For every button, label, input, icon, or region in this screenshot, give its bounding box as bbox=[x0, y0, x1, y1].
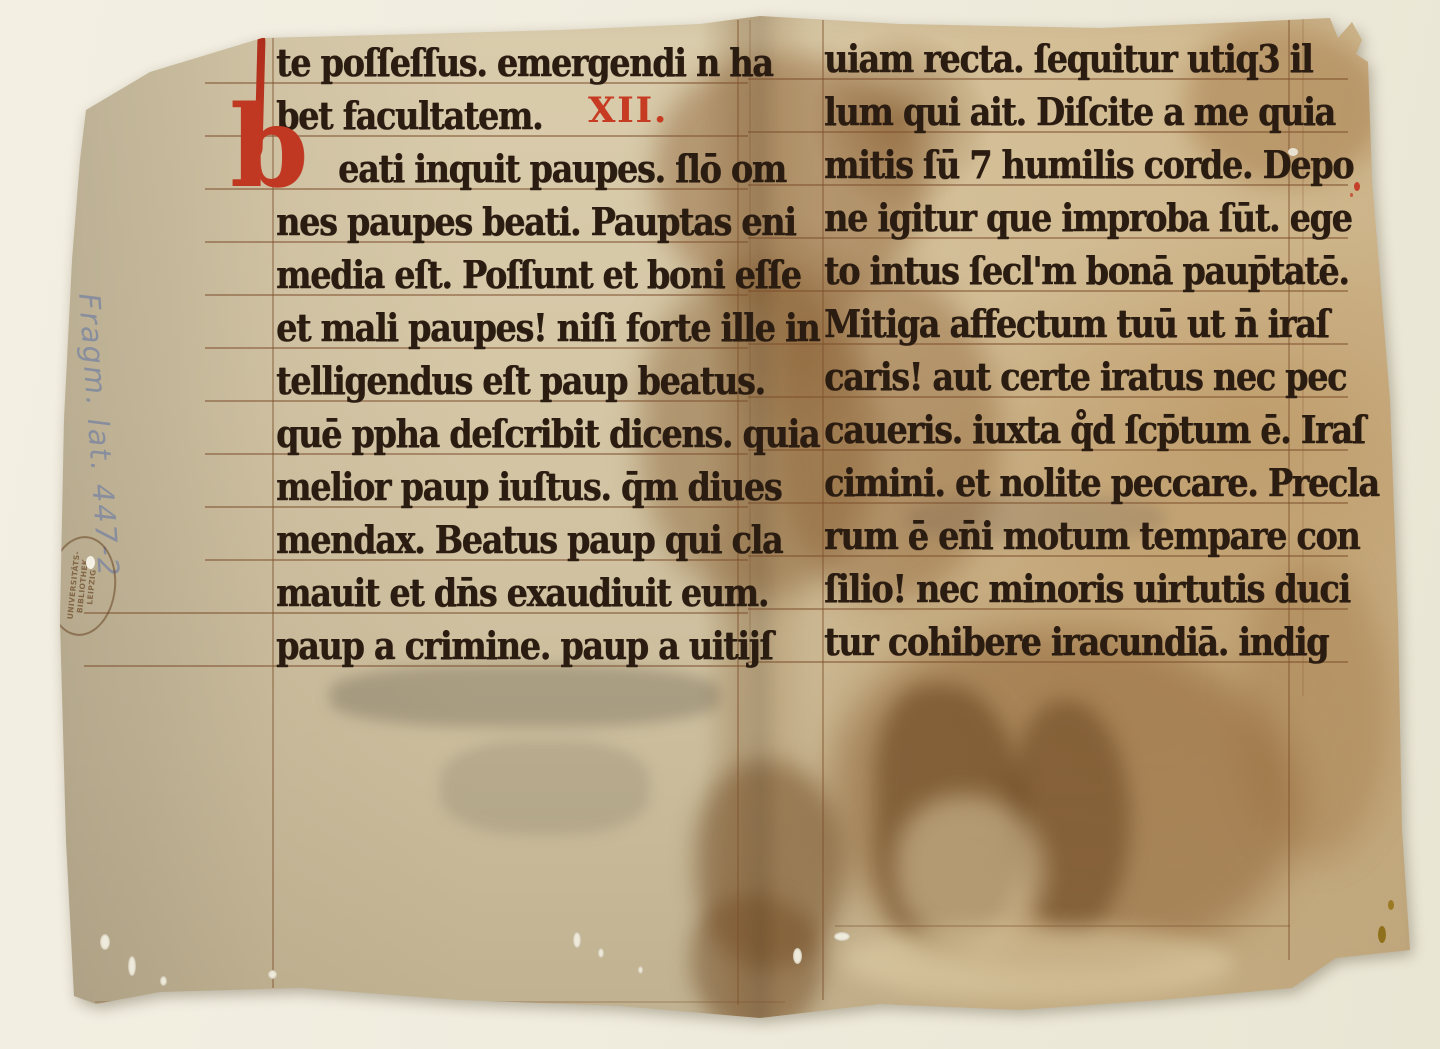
manuscript-line: cimini. et nolite peccare. Precla bbox=[824, 452, 1440, 502]
manuscript-leaf: te poſſeſſus. emergendi n ha bet faculta… bbox=[0, 0, 1440, 1049]
line-text: mendax. Beatus paup qui cla bbox=[276, 521, 782, 559]
manuscript-line: melior paup iuſtus. q̄m diues bbox=[276, 456, 850, 506]
smudge bbox=[330, 665, 720, 727]
line-text: te poſſeſſus. emergendi n ha bbox=[276, 44, 773, 82]
ruling-line bbox=[835, 925, 1290, 927]
hole bbox=[834, 932, 850, 941]
hole bbox=[598, 948, 604, 958]
manuscript-line: te poſſeſſus. emergendi n ha bbox=[276, 32, 840, 82]
manuscript-line: tur cohibere iracundiā. indig bbox=[824, 611, 1397, 661]
ruling-line bbox=[95, 1001, 785, 1003]
manuscript-line: bet facultatem. bbox=[276, 85, 579, 135]
manuscript-line: rum ē en̄i motum tempare con bbox=[824, 505, 1432, 555]
line-text: caueris. iuxta q̊d ſcp̄tum ē. Iraſ bbox=[824, 411, 1365, 449]
manuscript-line: quē ppha deſcribit dicens. quia bbox=[276, 403, 893, 453]
line-text: melior paup iuſtus. q̄m diues bbox=[276, 468, 781, 506]
manuscript-line: Mitiga affectum tuū ut n̄ iraſ bbox=[824, 293, 1397, 343]
manuscript-line: mauit et dn̄s exaudiuit eum. bbox=[276, 562, 835, 612]
line-text: paup a crimine. paup a uitijſ bbox=[276, 627, 772, 665]
line-text: quē ppha deſcribit dicens. quia bbox=[276, 415, 819, 453]
line-text: telligendus eſt paup beatus. bbox=[276, 362, 765, 400]
line-text: mauit et dn̄s exaudiuit eum. bbox=[276, 574, 768, 612]
white-fleck bbox=[86, 556, 95, 569]
line-text: cimini. et nolite peccare. Precla bbox=[824, 464, 1379, 502]
hole bbox=[638, 966, 643, 974]
manuscript-line: et mali paupes! niſi forte ille in bbox=[276, 297, 893, 347]
smudge bbox=[440, 740, 650, 835]
manuscript-line: eati inquit paupes. ſlō om bbox=[276, 138, 847, 188]
parchment-light-patch bbox=[895, 795, 1045, 945]
hole bbox=[1290, 996, 1300, 1004]
line-text: nes paupes beati. Pauptas eni bbox=[276, 203, 796, 241]
manuscript-line: lum qui ait. Diſcite a me quia bbox=[824, 81, 1404, 131]
manuscript-line: telligendus eſt paup beatus. bbox=[276, 350, 831, 400]
hole bbox=[160, 976, 167, 986]
manuscript-line: nes paupes beati. Pauptas eni bbox=[276, 191, 866, 241]
line-text: mitis ſū 7 humilis corde. Depo bbox=[824, 146, 1353, 184]
photo-backdrop: te poſſeſſus. emergendi n ha bet faculta… bbox=[0, 0, 1440, 1049]
hole bbox=[793, 948, 802, 964]
line-text: media eſt. Poſſunt et boni eſſe bbox=[276, 256, 801, 294]
manuscript-line: ſilio! nec minoris uirtutis duci bbox=[824, 558, 1421, 608]
line-text: ne igitur que improba ſūt. ege bbox=[824, 199, 1352, 237]
line-text: rum ē en̄i motum tempare con bbox=[824, 517, 1359, 555]
manuscript-line: mendax. Beatus paup qui cla bbox=[276, 509, 851, 559]
manuscript-line: ne igitur que improba ſūt. ege bbox=[824, 187, 1423, 237]
manuscript-line: caris! aut certe iratus nec pec bbox=[824, 346, 1417, 396]
manuscript-line: uiam recta. ſequitur utiq3 il bbox=[824, 28, 1379, 78]
line-text: et mali paupes! niſi forte ille in bbox=[276, 309, 819, 347]
red-pigment-dot bbox=[1350, 193, 1353, 197]
wax-drip bbox=[1388, 900, 1394, 910]
hole bbox=[128, 956, 136, 976]
line-text: ſilio! nec minoris uirtutis duci bbox=[824, 570, 1350, 608]
manuscript-line: paup a crimine. paup a uitijſ bbox=[276, 615, 840, 665]
red-pigment-dot bbox=[1354, 182, 1360, 191]
manuscript-line: to intus ſecl'm bonā paup̄tatē. bbox=[824, 240, 1420, 290]
line-text: to intus ſecl'm bonā paup̄tatē. bbox=[824, 252, 1349, 290]
hole bbox=[573, 932, 581, 948]
manuscript-line: caueris. iuxta q̊d ſcp̄tum ē. Iraſ bbox=[824, 399, 1438, 449]
line-text: eati inquit paupes. ſlō om bbox=[338, 150, 786, 188]
line-text: lum qui ait. Diſcite a me quia bbox=[824, 93, 1335, 131]
white-fleck bbox=[1288, 148, 1298, 156]
chapter-numeral-rubric: XII. bbox=[588, 90, 668, 131]
wax-drip bbox=[1378, 926, 1386, 943]
manuscript-line: media eſt. Poſſunt et boni eſſe bbox=[276, 244, 872, 294]
hole bbox=[268, 970, 277, 979]
line-text: Mitiga affectum tuū ut n̄ iraſ bbox=[824, 305, 1329, 343]
manuscript-line: mitis ſū 7 humilis corde. Depo bbox=[824, 134, 1425, 184]
line-text: bet facultatem. bbox=[276, 97, 542, 135]
line-text: uiam recta. ſequitur utiq3 il bbox=[824, 40, 1312, 78]
line-text: caris! aut certe iratus nec pec bbox=[824, 358, 1346, 396]
parchment-light-patch bbox=[845, 925, 1235, 1000]
line-text: tur cohibere iracundiā. indig bbox=[824, 623, 1328, 661]
hole bbox=[100, 934, 110, 950]
red-initial-letter: b bbox=[230, 92, 308, 204]
